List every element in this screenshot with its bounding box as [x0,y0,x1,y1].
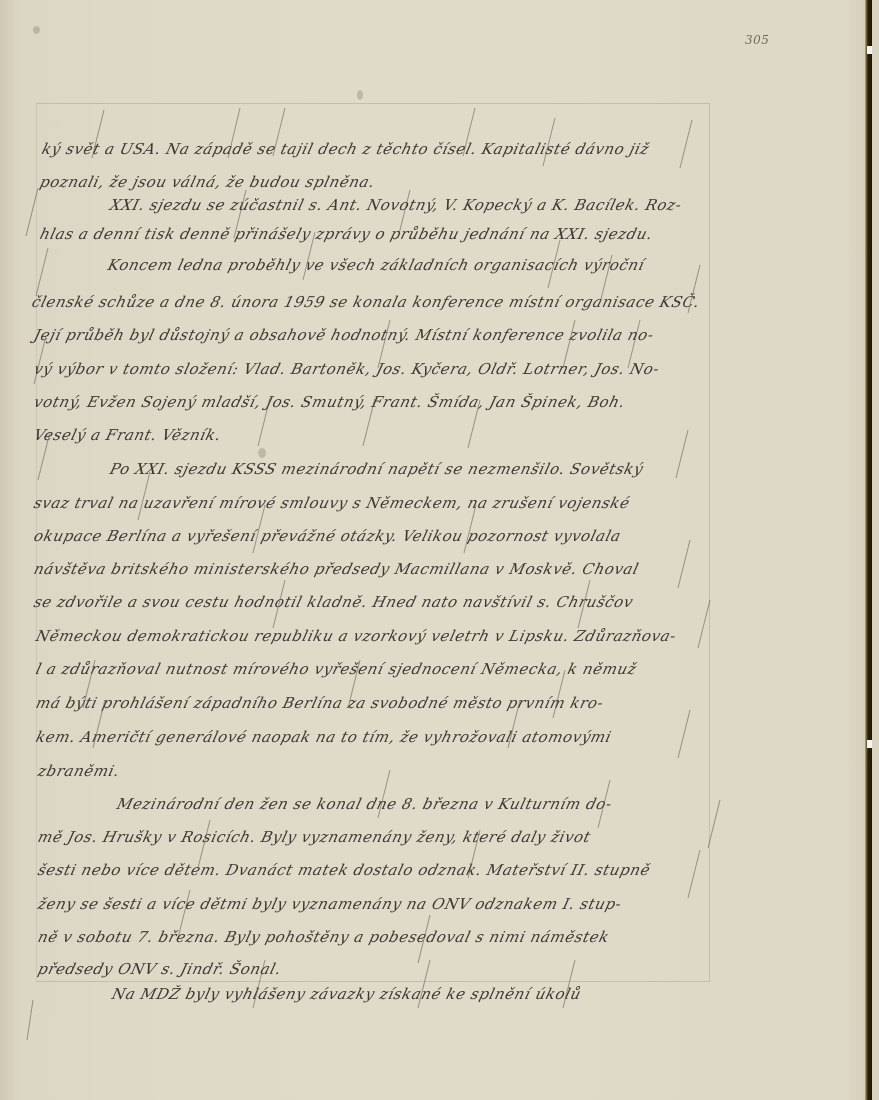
handwritten-line: svaz trval na uzavření mírové smlouvy s … [32,494,632,512]
paper-spot [258,448,266,458]
handwritten-line: předsedy ONV s. Jindř. Šonal. [36,960,283,978]
handwritten-line: se zdvořile a svou cestu hodnotil kladně… [32,593,635,611]
handwritten-line: Německou demokratickou republiku a vzork… [34,627,678,645]
handwritten-line: zbraněmi. [36,762,122,780]
handwritten-line: Mezinárodní den žen se konal dne 8. břez… [115,795,614,813]
handwritten-line: poznali, že jsou válná, že budou splněna… [38,173,377,191]
handwritten-line: okupace Berlína a vyřešení převážné otáz… [32,527,623,545]
paper-spot [357,90,363,100]
handwritten-line: XXI. sjezdu se zúčastnil s. Ant. Novotný… [108,196,684,214]
handwritten-line: Na MDŽ byly vyhlášeny závazky získané ke… [110,985,583,1003]
handwritten-line: kem. Američtí generálové naopak na to tí… [34,728,614,746]
page-binding-edge [0,0,14,1100]
handwritten-line: šesti nebo více dětem. Dvanáct matek dos… [36,861,652,879]
handwritten-line: návštěva britského ministerského předsed… [32,560,641,578]
handwritten-line: ně v sobotu 7. března. Byly pohoštěny a … [36,928,611,946]
handwritten-line: vý výbor v tomto složení: Vlad. Bartoněk… [32,360,662,378]
handwritten-line: ženy se šesti a více dětmi byly vyznamen… [36,895,624,913]
handwritten-line: ký svět a USA. Na západě se tajil dech z… [40,140,651,158]
handwritten-line: Po XXI. sjezdu KSSS mezinárodní napětí s… [108,460,645,478]
handwritten-line: členské schůze a dne 8. února 1959 se ko… [30,293,702,311]
page-edge-mark [867,740,872,748]
handwritten-line: hlas a denní tisk denně přinášely zprávy… [38,225,655,243]
handwritten-line: votný, Evžen Sojený mladší, Jos. Smutný,… [32,393,627,411]
handwritten-line: Její průběh byl důstojný a obsahově hodn… [32,326,656,344]
page-edge-mark [867,46,872,54]
document-page: 305 ký svět a USA. Na západě se tajil de… [0,0,872,1100]
paper-spot [33,26,40,34]
handwritten-line: Veselý a Frant. Vězník. [32,426,223,444]
handwritten-line: má býti prohlášení západního Berlína za … [34,694,606,712]
page-number: 305 [745,33,769,47]
handwritten-line: Koncem ledna proběhly ve všech základníc… [106,256,647,274]
gilt-page-edge [865,0,872,1100]
handwritten-line: mě Jos. Hrušky v Rosicích. Byly vyznamen… [36,828,593,846]
handwritten-line: l a zdůrazňoval nutnost mírového vyřešen… [34,660,639,678]
